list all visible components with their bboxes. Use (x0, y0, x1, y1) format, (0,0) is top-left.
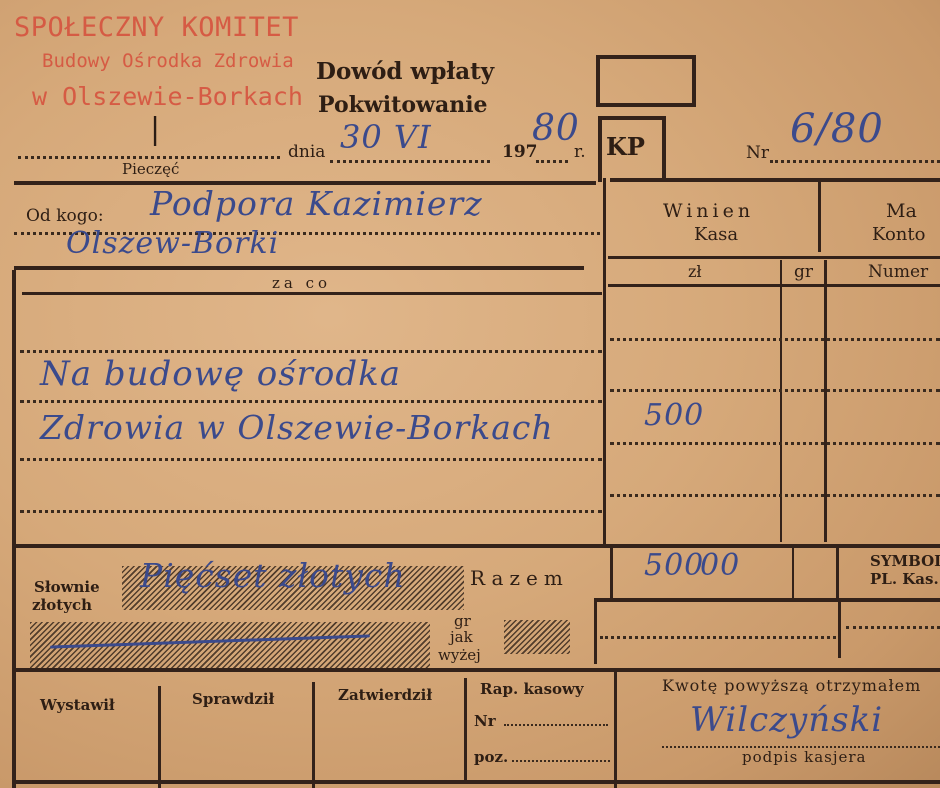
amount-zl[interactable]: 500 (644, 398, 704, 433)
col-gr: gr (794, 262, 813, 282)
extra-line-2 (846, 626, 940, 629)
debit-header-1: Winien (663, 200, 754, 222)
credit-header-1: Ma (886, 200, 917, 222)
col-zl: zł (688, 262, 702, 281)
document-title: Dowód wpłaty (316, 58, 494, 85)
purpose-line-1 (20, 350, 602, 353)
purpose-line1-value[interactable]: Na budowę ośrodka (40, 354, 401, 394)
total-left-border (610, 546, 613, 602)
from-name[interactable]: Podpora Kazimierz (150, 184, 483, 223)
rule (14, 668, 940, 672)
stamp-location: w Olszewie-Borkach (32, 82, 303, 111)
words-label-1: Słownie (34, 578, 100, 596)
approved-label: Zatwierdził (338, 686, 432, 704)
stamp-mark: | (150, 112, 161, 147)
rule (14, 544, 940, 548)
ledger-row-line (610, 442, 940, 445)
symbol-label-2: PL. Kas. (870, 570, 939, 588)
year-value[interactable]: 80 (532, 108, 580, 149)
report-label: Rap. kasowy (480, 680, 584, 698)
purpose-line-3 (20, 458, 602, 461)
extra-divider (838, 598, 841, 658)
symbol-label-1: SYMBOL (870, 552, 940, 570)
gr-label-2: jak (450, 628, 473, 646)
left-border (12, 270, 16, 788)
col-divider-numer (824, 260, 827, 542)
footer-divider (464, 678, 467, 784)
date-label: dnia (288, 142, 325, 162)
nr-label: Nr (746, 143, 769, 163)
total-label: Razem (470, 566, 569, 590)
report-nr-line[interactable] (504, 724, 608, 726)
ledger-row-line (610, 338, 940, 341)
rule (594, 598, 940, 602)
stamp-line (18, 156, 280, 159)
blank-box (596, 55, 696, 107)
footer-divider (312, 682, 315, 788)
rule (14, 780, 940, 784)
nr-line (770, 160, 940, 163)
stamp-construction: Budowy Ośrodka Zdrowia (42, 50, 294, 72)
kp-label: KP (606, 132, 645, 161)
total-gr[interactable]: 00 (700, 548, 740, 583)
total-gr-divider (792, 546, 794, 598)
from-place[interactable]: Olszew-Borki (66, 226, 279, 261)
received-label: Kwotę powyższą otrzymałem (662, 676, 921, 695)
rule (14, 266, 584, 270)
gr-label-3: wyżej (438, 646, 481, 664)
ledger-divider (818, 182, 821, 252)
stamp-label: Pieczęć (122, 160, 179, 178)
cashier-sig-label: podpis kasjera (742, 748, 866, 766)
date-value[interactable]: 30 VI (340, 118, 432, 156)
rule (608, 284, 940, 287)
purpose-label: za co (272, 274, 331, 292)
col-numer: Numer (868, 262, 928, 282)
purpose-line-4 (20, 510, 602, 513)
footer-divider (614, 672, 617, 788)
gr-small-hatch (504, 620, 570, 654)
ledger-left-border (603, 178, 606, 548)
purpose-line-2 (20, 400, 602, 403)
stamp-committee: SPOŁECZNY KOMITET (14, 12, 299, 43)
rule (610, 178, 940, 182)
rule (22, 292, 602, 295)
total-symbol-divider (836, 546, 839, 598)
checked-label: Sprawdził (192, 690, 274, 708)
purpose-line2-value[interactable]: Zdrowia w Olszewie-Borkach (40, 408, 554, 447)
nr-value[interactable]: 6/80 (790, 106, 884, 152)
cashier-signature[interactable]: Wilczyński (690, 700, 883, 740)
extra-line-1 (600, 636, 836, 639)
footer-divider (158, 686, 161, 788)
words-label-2: złotych (32, 596, 92, 614)
ledger-row-line (610, 389, 940, 392)
col-divider-gr (780, 260, 782, 542)
ledger-row-line (610, 494, 940, 497)
credit-header-2: Konto (872, 224, 925, 245)
year-suffix: r. (574, 142, 586, 162)
date-line (330, 160, 490, 163)
debit-header-2: Kasa (694, 224, 738, 245)
total-zl[interactable]: 500 (644, 548, 704, 583)
report-poz-line[interactable] (512, 760, 610, 762)
document-subtitle: Pokwitowanie (318, 92, 488, 118)
report-poz-label: poz. (474, 748, 508, 766)
words-value[interactable]: Pięćset złotych (140, 556, 406, 595)
issued-label: Wystawił (40, 696, 115, 714)
report-nr-label: Nr (474, 712, 496, 730)
year-line (536, 160, 568, 163)
extra-left-border (594, 602, 597, 664)
rule (608, 256, 940, 259)
from-label: Od kogo: (26, 206, 104, 226)
